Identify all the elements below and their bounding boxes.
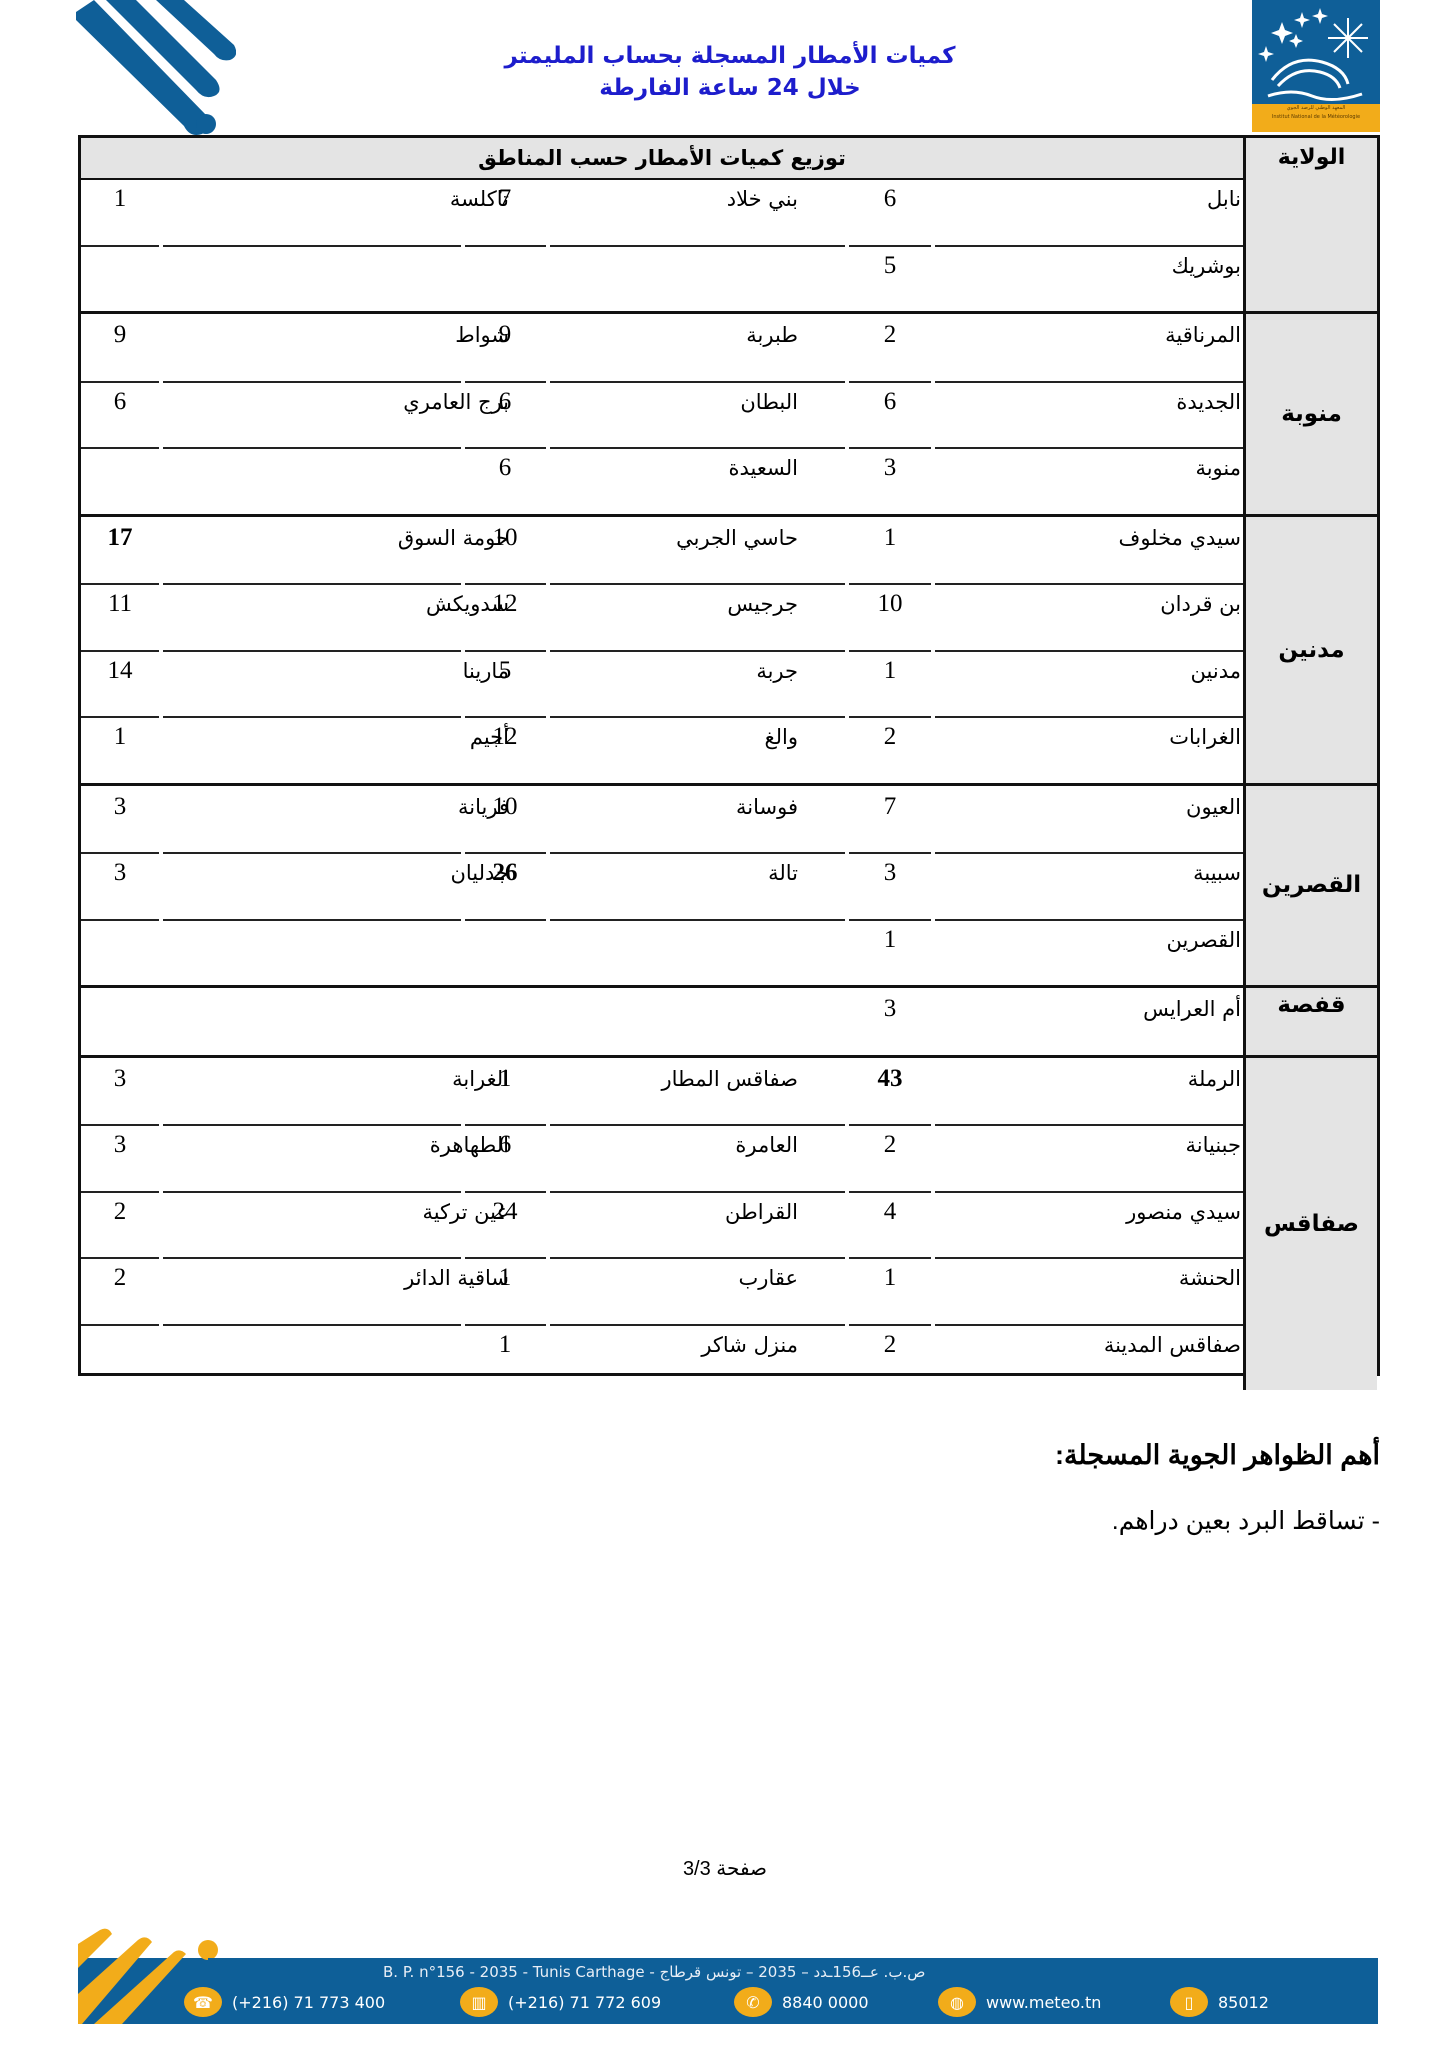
- footer-banner: B. P. n°156 - 2035 - Tunis Carthage - ص.…: [78, 1924, 1378, 2042]
- rainfall-value: 1: [847, 1263, 933, 1293]
- phenomena-title: أهم الظواهر الجوية المسجلة:: [1055, 1440, 1380, 1471]
- telephone-icon: ☎: [184, 1987, 222, 2017]
- station-name: العامرة: [508, 1130, 798, 1160]
- governorate-block: قفصةأم العرايس3: [81, 988, 1377, 1058]
- rainfall-value: 17: [81, 523, 159, 553]
- station-name: أم العرايس: [941, 994, 1241, 1024]
- title-line-2: خلال 24 ساعة الفارطة: [420, 72, 1040, 104]
- table-row: نابل6بني خلاد7تاكلسة1: [81, 178, 1243, 245]
- rainfall-value: 1: [847, 523, 933, 553]
- station-name: القصرين: [941, 925, 1241, 955]
- rainfall-value: 10: [847, 589, 933, 619]
- institute-logo: المعهد الوطني للرصد الجوي Institut Natio…: [1252, 0, 1380, 132]
- rainfall-value: 43: [847, 1064, 933, 1094]
- governorate-block: القصرينالعيون7فوسانة10فريانة3سبيبة3تالة2…: [81, 786, 1377, 989]
- contact-sms: ▯ 85012: [1170, 1987, 1269, 2017]
- rainfall-value: 2: [81, 1263, 159, 1293]
- table-row: الرملة43صفاقس المطار1الغرابة3: [81, 1058, 1243, 1125]
- table-row: جبنيانة2العامرة6الطهاهرة3: [81, 1124, 1243, 1191]
- contact-hotline: ✆ 8840 0000: [734, 1987, 869, 2017]
- station-name: فوسانة: [508, 792, 798, 822]
- station-name: والغ: [508, 722, 798, 752]
- contact-phone: ☎ (+216) 71 773 400: [184, 1987, 385, 2017]
- station-name: الطهاهرة: [219, 1130, 509, 1160]
- governorate-cell: منوبة: [1243, 314, 1377, 514]
- station-name: عين تركية: [219, 1197, 509, 1227]
- table-row: بن قردان10جرجيس12سدويكش11: [81, 583, 1243, 650]
- station-name: جرجيس: [508, 589, 798, 619]
- rainfall-value: 5: [847, 251, 933, 281]
- station-name: ساقية الدائر: [219, 1263, 509, 1293]
- table-body: نابل6بني خلاد7تاكلسة1بوشريك5منوبةالمرناق…: [81, 178, 1377, 1390]
- station-name: منزل شاكر: [508, 1330, 798, 1360]
- table-row: بوشريك5: [81, 245, 1243, 312]
- table-row: الجديدة6البطان6برج العامري6: [81, 381, 1243, 448]
- table-row: الحنشة1عقارب1ساقية الدائر2: [81, 1257, 1243, 1324]
- station-name: منوبة: [941, 453, 1241, 483]
- rainfall-value: 11: [81, 589, 159, 619]
- address-ar: ص.ب. عــ156ـدد – 2035 – تونس قرطاج: [660, 1963, 926, 1981]
- table-row: الغرابات2والغ12أجيم1: [81, 716, 1243, 783]
- rainfall-value: 2: [847, 1330, 933, 1360]
- rainfall-value: 3: [847, 453, 933, 483]
- station-name: السعيدة: [508, 453, 798, 483]
- header-governorate: الولاية: [1243, 138, 1377, 178]
- document-title: كميات الأمطار المسجلة بحساب المليمتر خلا…: [420, 40, 1040, 104]
- governorate-block: مدنينسيدي مخلوف1حاسي الجربي10حومة السوق1…: [81, 517, 1377, 786]
- rainfall-value: 3: [81, 858, 159, 888]
- institute-name-fr: Institut National de la Météorologie: [1252, 113, 1380, 122]
- rainfall-value: 2: [81, 1197, 159, 1227]
- station-name: بني خلاد: [508, 184, 798, 214]
- table-row: المرناقية2طبربة9شواط9: [81, 314, 1243, 381]
- footer-stripes-icon: [78, 1924, 218, 2042]
- station-name: صفاقس المدينة: [941, 1330, 1241, 1360]
- station-name: سبيبة: [941, 858, 1241, 888]
- rainfall-value: 6: [847, 184, 933, 214]
- rainfall-table: توزيع كميات الأمطار حسب المناطق الولاية …: [78, 135, 1380, 1376]
- rainfall-value: 3: [847, 994, 933, 1024]
- phone-number: (+216) 71 773 400: [232, 1993, 385, 2012]
- table-row: صفاقس المدينة2منزل شاكر1: [81, 1324, 1243, 1391]
- table-row: العيون7فوسانة10فريانة3: [81, 786, 1243, 853]
- rainfall-value: 7: [847, 792, 933, 822]
- rainfall-value: 1: [81, 184, 159, 214]
- station-name: مارينا: [219, 656, 509, 686]
- station-name: نابل: [941, 184, 1241, 214]
- station-name: المرناقية: [941, 320, 1241, 350]
- governorate-cell: مدنين: [1243, 517, 1377, 783]
- title-line-1: كميات الأمطار المسجلة بحساب المليمتر: [420, 40, 1040, 72]
- rainfall-value: 6: [847, 387, 933, 417]
- station-name: جدليان: [219, 858, 509, 888]
- table-header: توزيع كميات الأمطار حسب المناطق الولاية: [81, 138, 1377, 180]
- rainfall-value: 1: [465, 1330, 545, 1360]
- governorate-block: صفاقسالرملة43صفاقس المطار1الغرابة3جبنيان…: [81, 1058, 1377, 1391]
- table-row: مدنين1جربة5مارينا14: [81, 650, 1243, 717]
- station-name: القراطن: [508, 1197, 798, 1227]
- contact-fax: ▥ (+216) 71 772 609: [460, 1987, 661, 2017]
- station-name: تاكلسة: [219, 184, 509, 214]
- station-name: سدويكش: [219, 589, 509, 619]
- rainfall-value: 3: [847, 858, 933, 888]
- station-name: طبربة: [508, 320, 798, 350]
- station-name: حومة السوق: [219, 523, 509, 553]
- footer-address: B. P. n°156 - 2035 - Tunis Carthage - ص.…: [383, 1963, 925, 1981]
- fax-icon: ▥: [460, 1987, 498, 2017]
- station-name: العيون: [941, 792, 1241, 822]
- governorate-cell: [1243, 178, 1377, 311]
- governorate-cell: صفاقس: [1243, 1058, 1377, 1391]
- table-row: أم العرايس3: [81, 988, 1243, 1055]
- station-name: الغرابة: [219, 1064, 509, 1094]
- station-name: أجيم: [219, 722, 509, 752]
- station-name: الجديدة: [941, 387, 1241, 417]
- address-fr: B. P. n°156 - 2035 - Tunis Carthage -: [383, 1963, 655, 1981]
- rainfall-value: 3: [81, 1130, 159, 1160]
- governorate-cell: القصرين: [1243, 786, 1377, 986]
- institute-name-ar: المعهد الوطني للرصد الجوي: [1252, 104, 1380, 113]
- table-row: سيدي منصور4القراطن24عين تركية2: [81, 1191, 1243, 1258]
- station-name: الغرابات: [941, 722, 1241, 752]
- hotline-number: 8840 0000: [782, 1993, 869, 2012]
- rainfall-value: 1: [847, 656, 933, 686]
- table-row: سبيبة3تالة26جدليان3: [81, 852, 1243, 919]
- weather-emblem-icon: [1252, 0, 1380, 104]
- station-name: الحنشة: [941, 1263, 1241, 1293]
- table-row: منوبة3السعيدة6: [81, 447, 1243, 514]
- station-name: عقارب: [508, 1263, 798, 1293]
- rainfall-value: 2: [847, 320, 933, 350]
- rainfall-value: 2: [847, 1130, 933, 1160]
- station-name: جبنيانة: [941, 1130, 1241, 1160]
- station-name: الرملة: [941, 1064, 1241, 1094]
- station-name: البطان: [508, 387, 798, 417]
- station-name: تالة: [508, 858, 798, 888]
- rainfall-value: 6: [81, 387, 159, 417]
- rainfall-value: 3: [81, 792, 159, 822]
- chat-phone-icon: ✆: [734, 1987, 772, 2017]
- fax-number: (+216) 71 772 609: [508, 1993, 661, 2012]
- mobile-sms-icon: ▯: [1170, 1987, 1208, 2017]
- page-number: صفحة 3/3: [600, 1856, 850, 1881]
- station-name: جربة: [508, 656, 798, 686]
- rainfall-value: 4: [847, 1197, 933, 1227]
- station-name: سيدي مخلوف: [941, 523, 1241, 553]
- table-row: القصرين1: [81, 919, 1243, 986]
- station-name: فريانة: [219, 792, 509, 822]
- rainfall-value: 3: [81, 1064, 159, 1094]
- rainfall-value: 2: [847, 722, 933, 752]
- station-name: شواط: [219, 320, 509, 350]
- governorate-cell: قفصة: [1243, 988, 1377, 1055]
- header-distribution: توزيع كميات الأمطار حسب المناطق: [81, 138, 1243, 178]
- station-name: بن قردان: [941, 589, 1241, 619]
- phenomena-item: - تساقط البرد بعين دراهم.: [1112, 1506, 1380, 1536]
- globe-icon: ◍: [938, 1987, 976, 2017]
- rainfall-value: 14: [81, 656, 159, 686]
- contact-website[interactable]: ◍ www.meteo.tn: [938, 1987, 1101, 2017]
- station-name: بوشريك: [941, 251, 1241, 281]
- stripes-logo: [76, 0, 236, 135]
- rainfall-value: 6: [465, 453, 545, 483]
- rainfall-value: 1: [847, 925, 933, 955]
- table-row: سيدي مخلوف1حاسي الجربي10حومة السوق17: [81, 517, 1243, 584]
- station-name: سيدي منصور: [941, 1197, 1241, 1227]
- station-name: مدنين: [941, 656, 1241, 686]
- website-link[interactable]: www.meteo.tn: [986, 1993, 1101, 2012]
- rainfall-value: 1: [81, 722, 159, 752]
- station-name: برج العامري: [219, 387, 509, 417]
- station-name: صفاقس المطار: [508, 1064, 798, 1094]
- station-name: حاسي الجربي: [508, 523, 798, 553]
- sms-number: 85012: [1218, 1993, 1269, 2012]
- governorate-block: منوبةالمرناقية2طبربة9شواط9الجديدة6البطان…: [81, 314, 1377, 517]
- governorate-block: نابل6بني خلاد7تاكلسة1بوشريك5: [81, 178, 1377, 314]
- rainfall-value: 9: [81, 320, 159, 350]
